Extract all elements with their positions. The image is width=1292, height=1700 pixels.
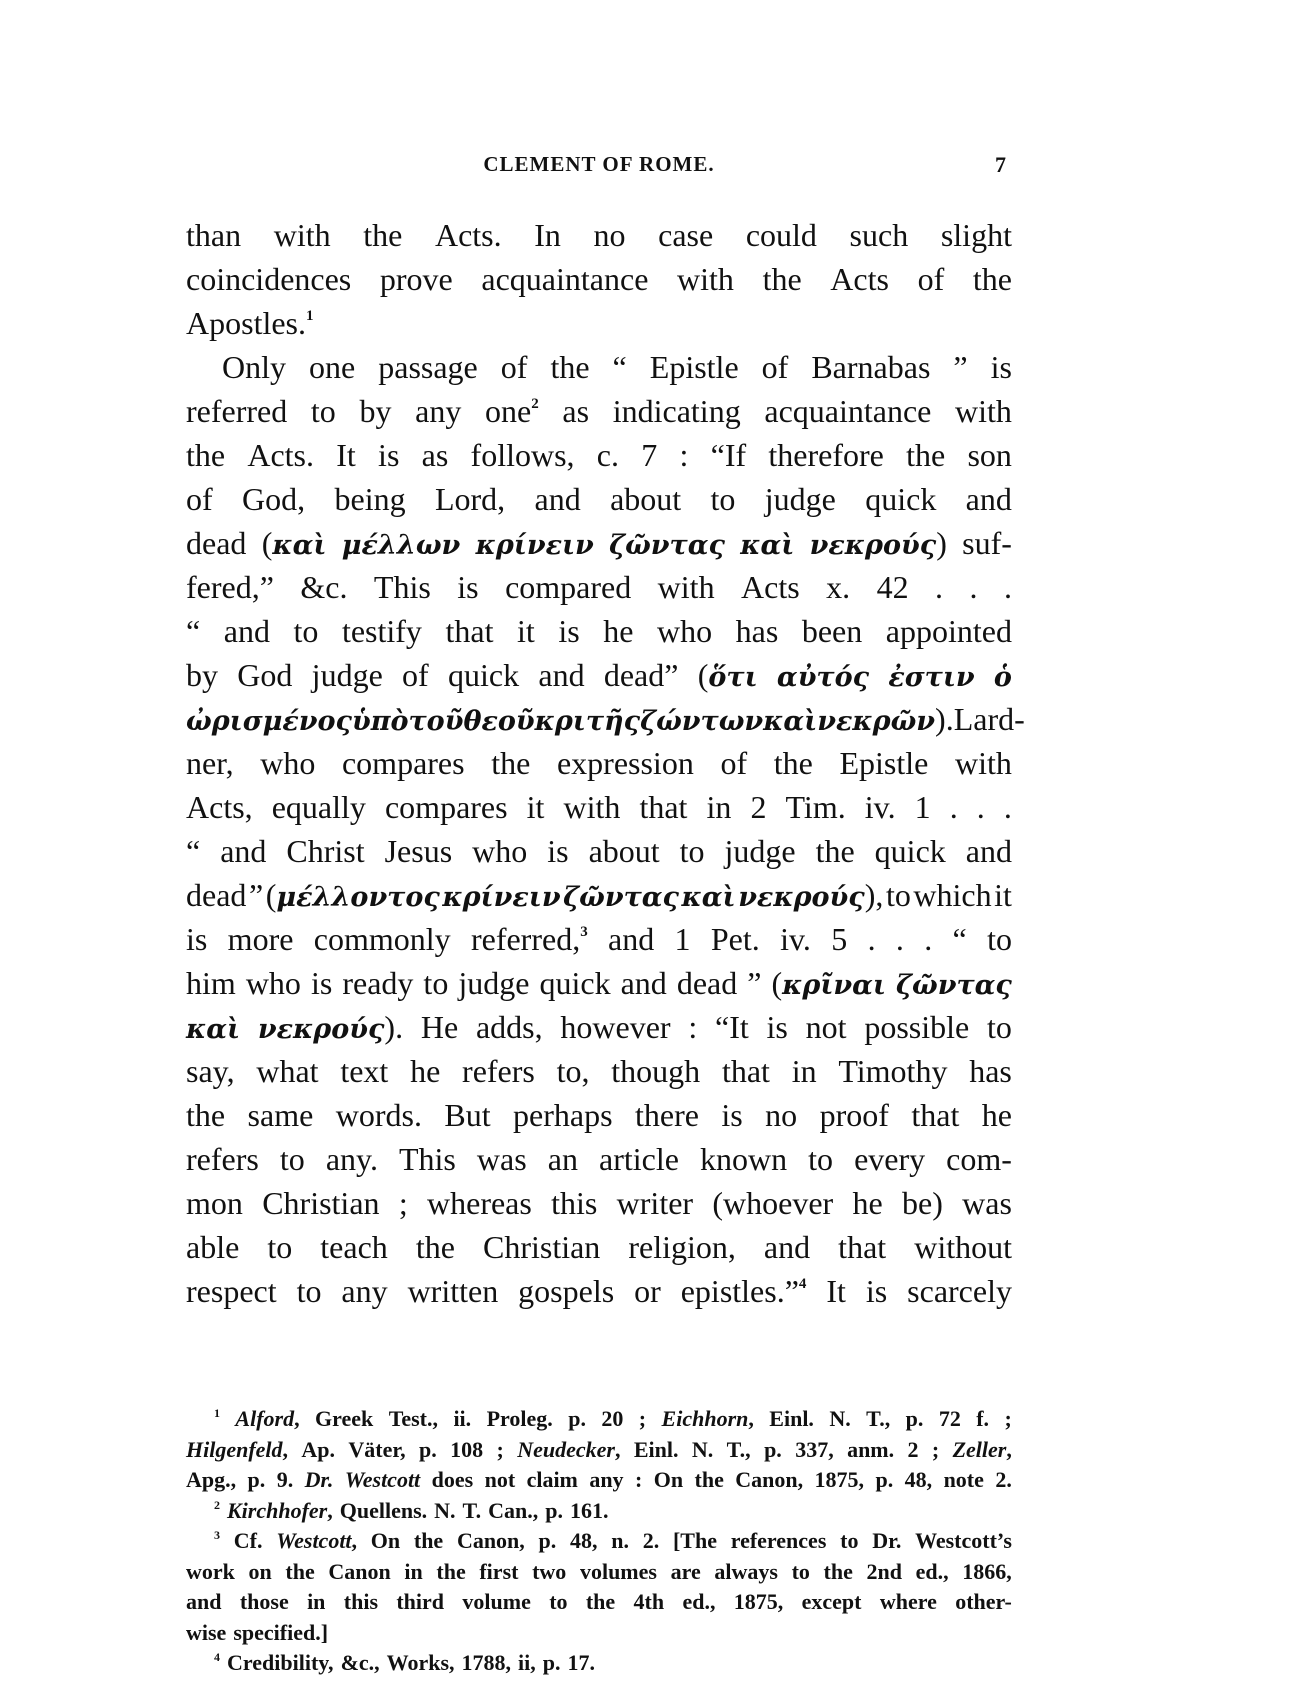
word: (μέλλοντος — [266, 873, 440, 917]
text-run: acquaintance — [481, 261, 648, 297]
body-line: Apostles.1 — [186, 301, 1012, 345]
word: Christ — [286, 829, 364, 873]
text-run: the — [973, 261, 1012, 297]
word: refers — [462, 1049, 535, 1093]
word: follows, — [471, 433, 575, 477]
text-run: in — [404, 1559, 422, 1584]
word: indicating — [613, 389, 741, 433]
word: text — [340, 1049, 388, 1093]
word: the — [414, 1526, 443, 1557]
text-run: expression — [557, 745, 694, 781]
text-run: , — [615, 1437, 621, 1462]
text-run: ; — [932, 1437, 939, 1462]
word: . — [896, 917, 904, 961]
word: to — [311, 389, 336, 433]
text-run: commonly — [314, 921, 451, 957]
word: “ — [953, 917, 967, 961]
word: that — [445, 609, 493, 653]
text-run: God — [237, 657, 292, 693]
word: 2 — [908, 1435, 919, 1466]
greek-text: νεκρούς — [258, 1014, 385, 1045]
text-run: T., — [727, 1437, 751, 1462]
word: in — [706, 785, 731, 829]
word: with — [677, 257, 734, 301]
text-run: , — [352, 1528, 358, 1553]
word: Apostles.1 — [186, 301, 314, 345]
word: those — [240, 1587, 289, 1618]
text-run: is — [547, 833, 568, 869]
text-run: is — [457, 569, 478, 605]
word: καὶ — [682, 873, 736, 917]
word: this — [344, 1587, 378, 1618]
text-run: with — [677, 261, 734, 297]
word: 5 — [831, 917, 847, 961]
word: is — [866, 1269, 887, 1313]
text-run: Quellens. — [340, 1498, 427, 1523]
text-run: the — [824, 1559, 853, 1584]
word: known — [700, 1137, 787, 1181]
text-run: teach — [320, 1229, 388, 1265]
greek-text: ζῶντας — [563, 882, 679, 913]
greek-text: καὶ — [740, 530, 794, 561]
word: Timothy — [838, 1049, 947, 1093]
text-run: not — [806, 1009, 847, 1045]
footnote-line: andthoseinthisthirdvolumetothe4thed.,187… — [186, 1587, 1012, 1618]
text-run: . — [868, 921, 876, 957]
footnote-marker: 4 — [799, 1276, 807, 1292]
text-run: ner, — [186, 745, 234, 781]
word: and — [224, 609, 270, 653]
word: in — [404, 1557, 422, 1588]
text-run: 7 — [641, 437, 657, 473]
text-run: (whoever — [712, 1185, 833, 1221]
word: Epistle — [839, 741, 928, 785]
text-run: to — [680, 833, 705, 869]
word: N. — [434, 1496, 455, 1527]
word: . — [1004, 565, 1012, 609]
word: Christian — [483, 1225, 600, 1269]
word: κριτῆς — [535, 697, 641, 741]
text-run: ; — [1004, 1406, 1011, 1431]
word: to — [792, 1557, 810, 1588]
word: such — [850, 213, 909, 257]
text-run: and — [608, 921, 654, 957]
text-run: specified.] — [233, 1620, 328, 1645]
footnote-line: Hilgenfeld,Ap.Väter,p.108;Neudecker,Einl… — [186, 1435, 1012, 1466]
text-run: without — [914, 1229, 1012, 1265]
word: (καὶ — [262, 521, 327, 565]
word: “ — [186, 609, 200, 653]
word: and — [966, 477, 1012, 521]
greek-text: ὑπὸ — [352, 706, 409, 737]
word: Dr. — [305, 1465, 334, 1496]
text-run: to — [711, 481, 736, 517]
text-run: to — [297, 1273, 322, 1309]
text-run: however — [560, 1009, 670, 1045]
text-run: 161. — [570, 1498, 609, 1523]
word: p. — [568, 1404, 586, 1435]
text-run: any. — [326, 1141, 378, 1177]
greek-text: κρίνειν — [442, 882, 560, 913]
text-run: 2. — [995, 1467, 1012, 1492]
greek-text: μέλλοντος — [276, 882, 439, 913]
word: with — [955, 741, 1012, 785]
word: God, — [242, 477, 305, 521]
body-line: ner,whocomparestheexpressionoftheEpistle… — [186, 741, 1012, 785]
text-run: was — [962, 1185, 1012, 1221]
word: he — [982, 1093, 1012, 1137]
text-run: that — [639, 789, 687, 825]
text-run: volume — [462, 1589, 530, 1614]
word: and — [764, 1225, 810, 1269]
text-run: no — [765, 1097, 797, 1133]
word: : — [635, 1465, 642, 1496]
greek-text: καὶ — [682, 882, 736, 913]
word: quick — [875, 829, 946, 873]
word: (whoever — [712, 1181, 833, 1225]
word: “If — [711, 433, 747, 477]
word: κρίνειν — [476, 521, 594, 565]
word: He — [421, 1005, 458, 1049]
footnote-line: 4Credibility,&c.,Works,1788,ii,p.17. — [186, 1648, 1012, 1679]
word: νεκρούς). — [258, 1005, 403, 1049]
word: τοῦ — [409, 697, 464, 741]
word: refers — [186, 1137, 259, 1181]
text-run: of — [186, 481, 213, 517]
text-run: It — [336, 437, 356, 473]
text-run: acquaintance — [764, 393, 931, 429]
word: is — [767, 1005, 788, 1049]
text-run: and — [621, 965, 667, 1001]
word: to — [711, 477, 736, 521]
word: and — [538, 653, 584, 697]
word: Quellens. — [340, 1496, 427, 1527]
text-run: : — [680, 437, 689, 473]
word: ii, — [518, 1648, 536, 1679]
word: Alford, — [235, 1404, 299, 1435]
text-run: , — [294, 1406, 300, 1431]
text-run: ed., — [916, 1559, 949, 1584]
word: This — [374, 565, 431, 609]
text-run: he — [852, 1185, 882, 1221]
text-run: always — [714, 1559, 778, 1584]
text-run: Proleg. — [487, 1406, 553, 1431]
word: to — [294, 609, 319, 653]
word: quick — [865, 477, 936, 521]
word: with — [955, 389, 1012, 433]
word: article — [599, 1137, 679, 1181]
word: Neudecker, — [517, 1435, 620, 1466]
footnotes: 1Alford,GreekTest.,ii.Proleg.p.20;Eichho… — [186, 1404, 1012, 1679]
text-run: it — [994, 877, 1012, 913]
word: of — [720, 741, 747, 785]
text-run: that — [722, 1053, 770, 1089]
word: Pet. — [711, 917, 760, 961]
text-run: to — [886, 877, 911, 913]
body-line: “andtotestifythatitishewhohasbeenappoint… — [186, 609, 1012, 653]
word: and — [220, 829, 266, 873]
body-line: “andChristJesuswhoisabouttojudgethequick… — [186, 829, 1012, 873]
word: p. — [419, 1435, 437, 1466]
word: this — [551, 1181, 597, 1225]
word: one2 — [485, 389, 539, 433]
text-run: Apg., — [186, 1467, 236, 1492]
word: commonly — [314, 917, 451, 961]
word: or — [634, 1269, 661, 1313]
body-line: ofGod,beingLord,andabouttojudgequickand — [186, 477, 1012, 521]
text-run: prove — [380, 261, 453, 297]
text-run: judge — [725, 833, 796, 869]
text-run: the — [186, 1097, 225, 1133]
greek-text: ὅτι — [708, 662, 757, 693]
text-run: on — [249, 1559, 272, 1584]
text-run: Christian — [483, 1229, 600, 1265]
text-run: being — [334, 481, 405, 517]
word: dead — [186, 873, 246, 917]
word: Lard- — [954, 697, 1025, 741]
word: of — [186, 477, 213, 521]
word: he — [410, 1049, 440, 1093]
text-run: ) — [936, 525, 947, 561]
word: “It — [715, 1005, 749, 1049]
text-run: religion, — [628, 1229, 736, 1265]
word: ; — [932, 1435, 939, 1466]
word: c. — [597, 433, 619, 477]
italic-name: Eichhorn — [662, 1406, 749, 1431]
body-line: referstoany.Thiswasanarticleknowntoevery… — [186, 1137, 1012, 1181]
body-line: referredtobyanyone2asindicatingacquainta… — [186, 389, 1012, 433]
word: Cf. — [234, 1526, 263, 1557]
text-run: 108 — [450, 1437, 483, 1462]
word: is — [378, 433, 399, 477]
word: It — [336, 433, 356, 477]
text-run: 1 — [675, 921, 691, 957]
text-run: respect — [186, 1273, 277, 1309]
word: prove — [380, 257, 453, 301]
text-run: p. — [419, 1437, 437, 1462]
text-run: is — [558, 613, 579, 649]
text-run: iv. — [865, 789, 896, 825]
word: iv. — [780, 917, 811, 961]
text-run: are — [671, 1559, 701, 1584]
word: he — [603, 609, 633, 653]
word: an — [548, 1137, 578, 1181]
word: possible — [864, 1005, 969, 1049]
footnote-line: Apg.,p.9.Dr.Westcottdoesnotclaimany:Onth… — [186, 1465, 1012, 1496]
text-run: 1 — [915, 789, 931, 825]
body-line: thesamewords.Butperhapsthereisnoprooftha… — [186, 1093, 1012, 1137]
text-run: Dr. — [872, 1528, 901, 1553]
text-run: the — [285, 1559, 314, 1584]
word: 108 — [450, 1435, 483, 1466]
text-run: and — [220, 833, 266, 869]
text-run: indicating — [613, 393, 741, 429]
text-run: any — [415, 393, 461, 429]
text-run: more — [228, 921, 294, 957]
text-run: suf- — [962, 525, 1012, 561]
text-run: It — [826, 1273, 846, 1309]
text-run: N. — [829, 1406, 850, 1431]
word: καὶ — [186, 1005, 240, 1049]
word: and — [186, 1587, 221, 1618]
text-run: , — [1006, 1437, 1012, 1462]
word: son — [967, 433, 1011, 477]
word: ὑπὸ — [352, 697, 409, 741]
running-head: CLEMENT OF ROME. 7 — [186, 152, 1012, 182]
word: being — [334, 477, 405, 521]
text-run: work — [186, 1559, 235, 1584]
text-run: Timothy — [838, 1053, 947, 1089]
text-run: p. — [539, 1528, 557, 1553]
text-run: scarcely — [907, 1273, 1012, 1309]
text-run: Canon, — [735, 1467, 803, 1492]
word: in — [792, 1049, 817, 1093]
italic-name: Westcott — [276, 1528, 351, 1553]
word: say, — [186, 1049, 235, 1093]
text-run: Väter, — [348, 1437, 405, 1462]
word: therefore — [768, 433, 883, 477]
word: is — [547, 829, 568, 873]
text-run: and — [538, 657, 584, 693]
text-run: Canon, — [457, 1528, 525, 1553]
word: Canon — [328, 1557, 390, 1588]
word: the — [285, 1557, 314, 1588]
body-text: thanwiththeActs.Innocasecouldsuchslightc… — [186, 213, 1012, 1313]
word: in — [307, 1587, 325, 1618]
text-run: the — [906, 437, 945, 473]
word: compared — [505, 565, 631, 609]
word: able — [186, 1225, 239, 1269]
italic-name: Dr. — [305, 1467, 334, 1492]
word: Tim. — [786, 785, 846, 829]
word: any. — [326, 1137, 378, 1181]
word: same — [248, 1093, 314, 1137]
text-run: son — [967, 437, 1011, 473]
text-run: ed., — [682, 1589, 715, 1614]
italic-name: Neudecker — [517, 1437, 615, 1462]
word: ed., — [916, 1557, 949, 1588]
text-run: who — [472, 833, 527, 869]
word: 337, — [795, 1435, 834, 1466]
text-run: ” — [249, 877, 263, 913]
text-run: 20 — [601, 1406, 623, 1431]
text-run: Epistle — [650, 349, 739, 385]
word: slight — [941, 213, 1012, 257]
word: νεκρούς) — [810, 521, 947, 565]
greek-text: κριτῆς — [535, 706, 641, 737]
text-run: compared — [505, 569, 631, 605]
word: epistles.”4 — [681, 1269, 807, 1313]
text-run: Pet. — [711, 921, 760, 957]
text-run: in — [706, 789, 731, 825]
text-run: other- — [955, 1589, 1012, 1614]
word: more — [228, 917, 294, 961]
word: θεοῦ — [463, 697, 534, 741]
word: the — [774, 741, 813, 785]
word: Can., — [488, 1496, 538, 1527]
word: Apg., — [186, 1465, 236, 1496]
text-run: of — [762, 349, 789, 385]
text-run: Apostles. — [186, 305, 306, 341]
text-run: In — [534, 217, 561, 253]
footnote-marker: 3 — [214, 1528, 220, 1542]
text-run: the — [586, 1589, 615, 1614]
text-run: ii, — [518, 1650, 536, 1675]
word: testify — [342, 609, 422, 653]
word: 17. — [568, 1648, 596, 1679]
word: no — [765, 1093, 797, 1137]
text-run: case — [658, 217, 713, 253]
word: T. — [463, 1496, 482, 1527]
word: p. — [543, 1648, 561, 1679]
text-run: referred — [186, 393, 287, 429]
footnote-line: wisespecified.] — [186, 1618, 1012, 1649]
text-run: of — [402, 657, 429, 693]
text-run: But — [444, 1097, 490, 1133]
word: about — [610, 477, 681, 521]
text-run: the — [363, 217, 402, 253]
text-run: Canon — [328, 1559, 390, 1584]
text-run: Ap. — [301, 1437, 335, 1462]
text-run: what — [256, 1053, 318, 1089]
text-run: quick — [875, 833, 946, 869]
text-run: ” — [953, 349, 967, 385]
italic-name: Westcott — [345, 1467, 420, 1492]
word: ; — [399, 1181, 408, 1225]
text-run: . — [1004, 569, 1012, 605]
text-run: is — [767, 1009, 788, 1045]
word: Eichhorn, — [662, 1404, 754, 1435]
text-run: p. — [248, 1467, 266, 1492]
footnote-marker: 4 — [214, 1650, 220, 1664]
page-number: 7 — [995, 152, 1006, 178]
greek-text: μέλλων — [342, 530, 460, 561]
text-run: [The — [673, 1528, 717, 1553]
text-run: could — [746, 217, 817, 253]
word: compares — [385, 785, 508, 829]
word: . — [977, 785, 985, 829]
footnote-line: 3Cf.Westcott,OntheCanon,p.48,n.2.[Theref… — [186, 1526, 1012, 1557]
word: whereas — [427, 1181, 532, 1225]
word: Only — [222, 345, 286, 389]
word: it — [517, 609, 535, 653]
text-run: x. — [826, 569, 850, 605]
word: by — [359, 389, 391, 433]
footnote-marker: 2 — [214, 1498, 220, 1512]
footnote-line: workontheCanoninthefirsttwovolumesarealw… — [186, 1557, 1012, 1588]
word: 9. — [277, 1465, 294, 1496]
text-run: writer — [617, 1185, 693, 1221]
text-run: been — [802, 613, 862, 649]
text-run: the — [436, 1559, 465, 1584]
word: 2 — [750, 785, 766, 829]
text-run: quick — [865, 481, 936, 517]
word: ; — [497, 1435, 504, 1466]
word: 1875, — [815, 1465, 865, 1496]
word: to — [680, 829, 705, 873]
greek-text: θεοῦ — [463, 706, 534, 737]
word: scarcely — [907, 1269, 1012, 1313]
text-run: 1875, — [734, 1589, 784, 1614]
word: καὶ — [763, 697, 817, 741]
text-run: 17. — [568, 1650, 596, 1675]
word: referred — [186, 389, 287, 433]
word: N. — [829, 1404, 850, 1435]
text-run: one — [309, 349, 355, 385]
text-run: “ — [186, 833, 200, 869]
footnote-line: 2Kirchhofer,Quellens.N.T.Can.,p.161. — [186, 1496, 1012, 1527]
word: judge — [765, 477, 836, 521]
